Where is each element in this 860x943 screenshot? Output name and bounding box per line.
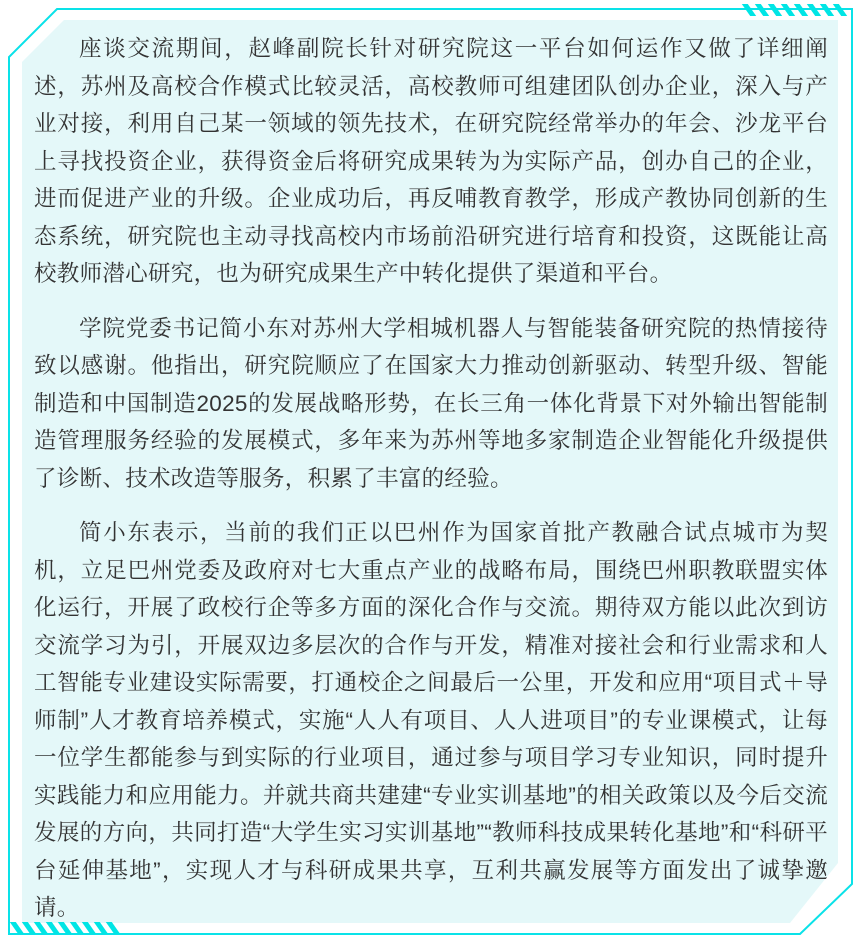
- paragraph-1: 座谈交流期间，赵峰副院长针对研究院这一平台如何运作又做了详细阐述，苏州及高校合作…: [34, 30, 828, 293]
- article-text: 座谈交流期间，赵峰副院长针对研究院这一平台如何运作又做了详细阐述，苏州及高校合作…: [34, 30, 828, 927]
- slash-mark: [781, 4, 795, 16]
- slash-mark: [768, 4, 782, 16]
- paragraph-2: 学院党委书记简小东对苏州大学相城机器人与智能装备研究院的热情接待致以感谢。他指出…: [34, 310, 828, 498]
- slash-mark: [807, 4, 821, 16]
- slash-mark: [755, 4, 769, 16]
- page: 座谈交流期间，赵峰副院长针对研究院这一平台如何运作又做了详细阐述，苏州及高校合作…: [0, 0, 860, 943]
- paragraph-3: 简小东表示，当前的我们正以巴州作为国家首批产教融合试点城市为契机，立足巴州党委及…: [34, 514, 828, 927]
- slash-mark: [794, 4, 808, 16]
- top-right-slashes: [746, 4, 856, 17]
- slash-mark: [833, 4, 847, 16]
- slash-mark: [820, 4, 834, 16]
